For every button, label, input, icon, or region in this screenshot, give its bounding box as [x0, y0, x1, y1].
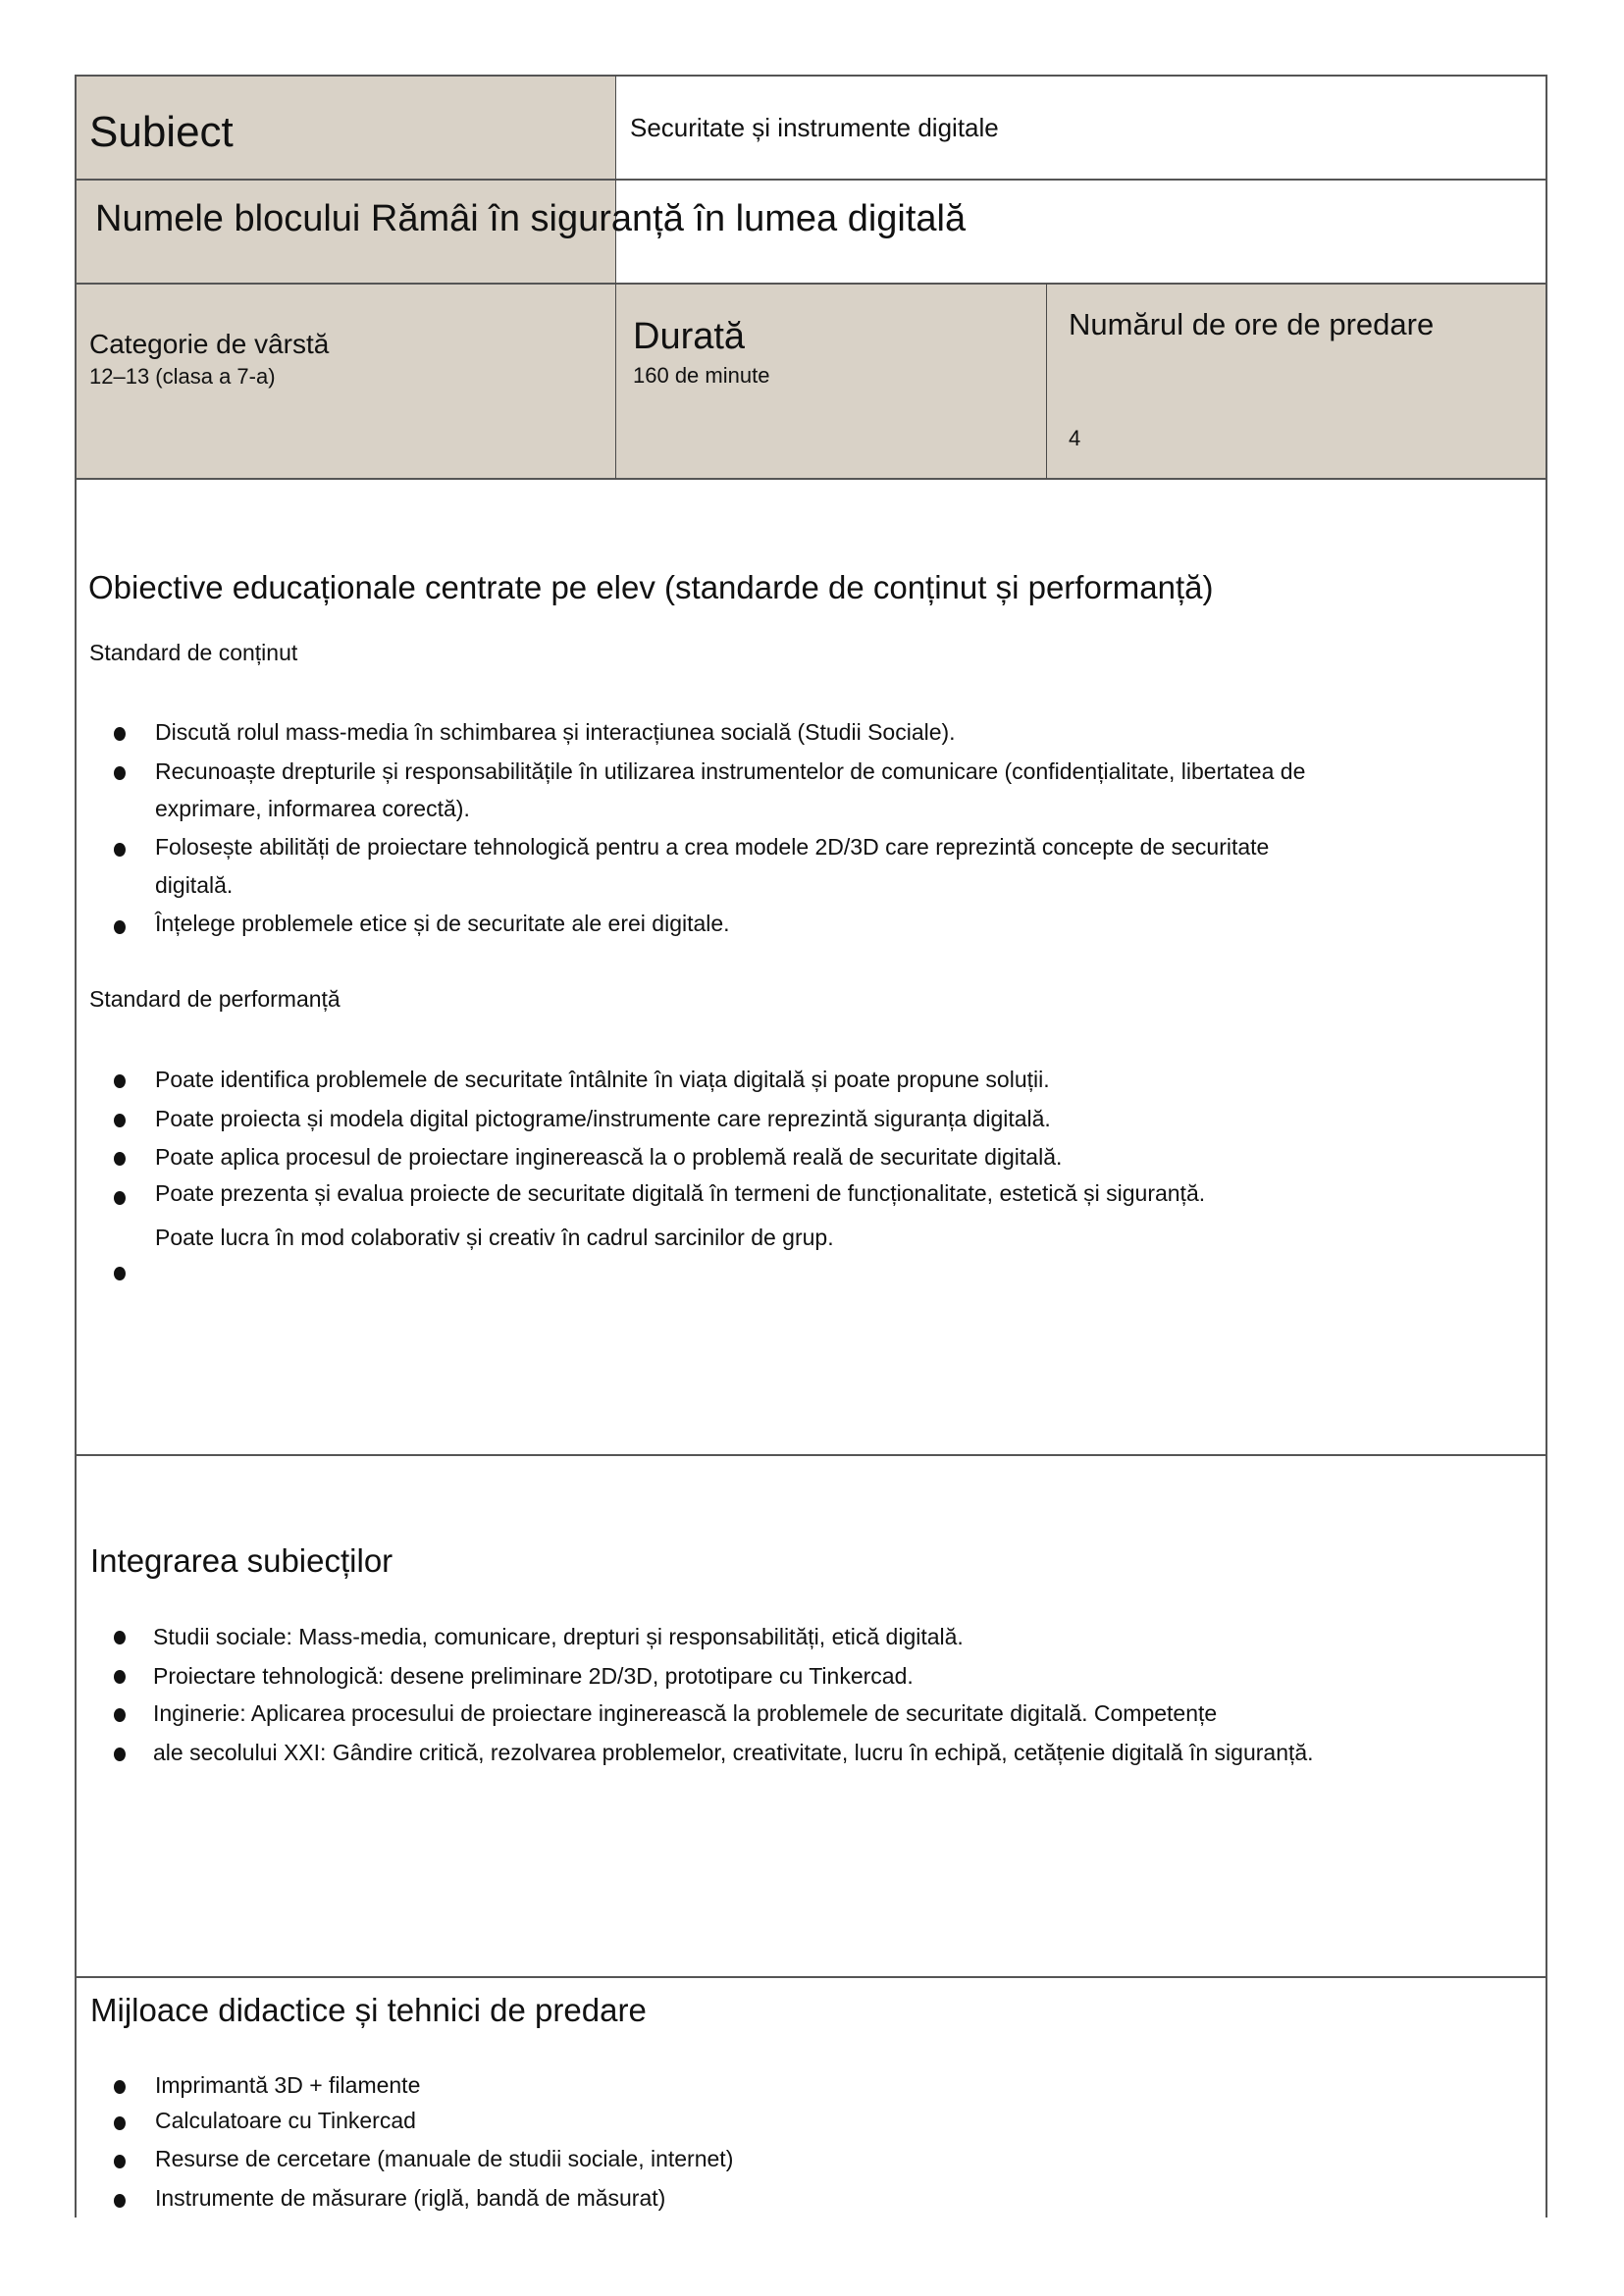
row-divider [76, 179, 1546, 181]
list-item: Studii sociale: Mass-media, comunicare, … [153, 1626, 964, 1648]
bullet-icon [114, 2194, 126, 2208]
bullet-icon [114, 766, 126, 780]
list-item-continuation: exprimare, informarea corectă). [155, 798, 470, 820]
objectives-heading: Obiective educaționale centrate pe elev … [88, 571, 1214, 603]
bullet-icon [114, 1670, 126, 1684]
section-divider [76, 1976, 1546, 1978]
bullet-icon [114, 1114, 126, 1127]
list-item: ale secolului XXI: Gândire critică, rezo… [153, 1742, 1314, 1764]
list-item: Resurse de cercetare (manuale de studii … [155, 2148, 733, 2170]
subject-label: Subiect [89, 111, 234, 154]
list-item: Calculatoare cu Tinkercad [155, 2110, 416, 2132]
subject-value: Securitate și instrumente digitale [630, 115, 999, 140]
bullet-icon [114, 2155, 126, 2168]
list-item: Inginerie: Aplicarea procesului de proie… [153, 1702, 1217, 1725]
bullet-icon [114, 2080, 126, 2094]
list-item: Discută rolul mass-media în schimbarea ș… [155, 721, 956, 744]
section-divider [76, 1454, 1546, 1456]
block-name-title: Numele blocului Rămâi în siguranță în lu… [95, 200, 966, 237]
list-item: Imprimantă 3D + filamente [155, 2074, 420, 2097]
bullet-icon [114, 1152, 126, 1166]
table-border-right [1545, 75, 1547, 2218]
bullet-icon [114, 1074, 126, 1088]
list-item: Proiectare tehnologică: desene prelimina… [153, 1665, 914, 1688]
row-divider [76, 478, 1546, 480]
age-value: 12–13 (clasa a 7-a) [89, 366, 276, 388]
performance-standard-label: Standard de performanță [89, 988, 341, 1011]
list-item: Poate aplica procesul de proiectare ingi… [155, 1146, 1062, 1169]
list-item: Poate lucra în mod colaborativ și creati… [155, 1226, 834, 1249]
teaching-hours-label: Numărul de ore de predare [1069, 309, 1434, 339]
row-divider [76, 283, 1546, 285]
list-item: Recunoaște drepturile și responsabilităț… [155, 760, 1305, 783]
content-standard-label: Standard de conținut [89, 642, 297, 664]
bullet-icon [114, 843, 126, 857]
bullet-icon [114, 1267, 126, 1280]
table-border-top [76, 75, 1546, 77]
bullet-icon [114, 1748, 126, 1761]
column-divider [1046, 284, 1047, 479]
table-border-left [75, 75, 77, 2218]
list-item: Poate prezenta și evalua proiecte de sec… [155, 1182, 1205, 1205]
list-item: Poate proiecta și modela digital pictogr… [155, 1108, 1051, 1130]
integration-heading: Integrarea subiecților [90, 1544, 393, 1577]
teaching-hours-value: 4 [1069, 428, 1080, 449]
list-item: Poate identifica problemele de securitat… [155, 1069, 1050, 1091]
duration-value: 160 de minute [633, 365, 769, 387]
column-divider [615, 76, 616, 479]
age-label: Categorie de vârstă [89, 331, 329, 358]
materials-heading: Mijloace didactice și tehnici de predare [90, 1994, 647, 2026]
bullet-icon [114, 1708, 126, 1722]
bullet-icon [114, 920, 126, 934]
list-item: Înțelege problemele etice și de securita… [155, 913, 730, 935]
bullet-icon [114, 1191, 126, 1205]
list-item: Instrumente de măsurare (riglă, bandă de… [155, 2187, 665, 2210]
list-item: Folosește abilități de proiectare tehnol… [155, 836, 1269, 859]
duration-label: Durată [633, 318, 745, 355]
bullet-icon [114, 727, 126, 741]
list-item-continuation: digitală. [155, 874, 233, 897]
bullet-icon [114, 1631, 126, 1644]
bullet-icon [114, 2116, 126, 2130]
